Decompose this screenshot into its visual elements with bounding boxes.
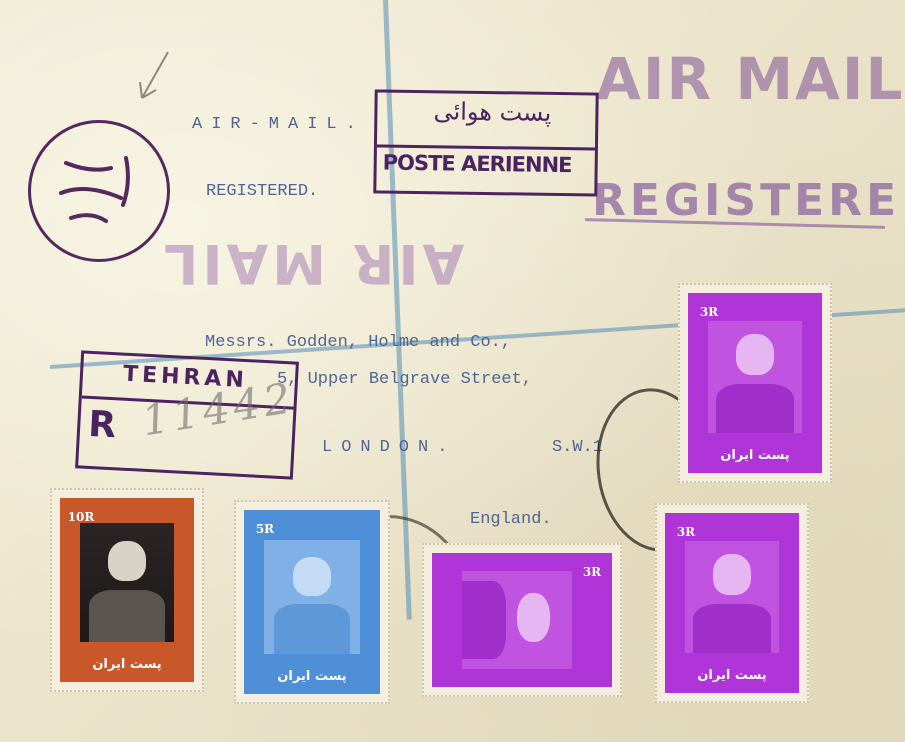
recipient-name: Messrs. Godden, Holme and Co., [205, 333, 511, 352]
cachet-latin-text: POSTE AERIENNE [383, 151, 572, 178]
stamp-5r: 5R پست ایران [234, 500, 390, 704]
portrait-shah [462, 571, 572, 669]
recipient-postcode: S.W.1 [552, 438, 603, 457]
round-censor-cachet [28, 120, 170, 262]
stamp-value: 5R [248, 514, 282, 544]
portrait-shah [685, 541, 779, 653]
airmail-cachet: AIR MAIL [596, 45, 904, 113]
stamp-3r-lower: 3R پست ایران [655, 503, 809, 703]
portrait-shah [708, 321, 802, 433]
stamp-value: 3R [692, 297, 726, 327]
stamp-value: 3R [576, 557, 608, 587]
recipient-city: LONDON. [322, 438, 456, 457]
inverted-airmail-cachet: AIR MAIL [160, 232, 464, 295]
stamp-value: 10R [64, 502, 98, 532]
stamp-3r-upper: 3R پست ایران [678, 283, 832, 483]
stamp-country: پست ایران [688, 448, 822, 463]
portrait-shah [264, 540, 360, 654]
stamp-value: 3R [669, 517, 703, 547]
stamp-country: پست ایران [665, 668, 799, 683]
stamp-3r-sideways: 3R [422, 543, 622, 697]
registered-cachet: REGISTERE [592, 175, 900, 226]
registration-letter: R [87, 404, 117, 446]
portrait-shah [80, 523, 174, 642]
envelope: AIR-MAIL. REGISTERED. Messrs. Godden, Ho… [0, 0, 905, 742]
stamp-10r: 10R پست ایران [50, 488, 204, 692]
registration-label: TEHRAN R 11442 [75, 350, 299, 479]
cachet-persian-text: پست هوائی [417, 97, 567, 127]
recipient-street: 5, Upper Belgrave Street, [277, 370, 532, 389]
poste-aerienne-cachet: پست هوائی POSTE AERIENNE [373, 89, 598, 196]
stamp-country: پست ایران [60, 657, 194, 672]
typed-airmail-line: AIR-MAIL. [192, 115, 365, 134]
stamp-country: پست ایران [244, 669, 380, 684]
recipient-country: England. [470, 510, 552, 529]
cachet-script-icon [31, 123, 167, 259]
pencil-arrow-icon [130, 48, 180, 108]
typed-registered-line: REGISTERED. [206, 182, 318, 201]
